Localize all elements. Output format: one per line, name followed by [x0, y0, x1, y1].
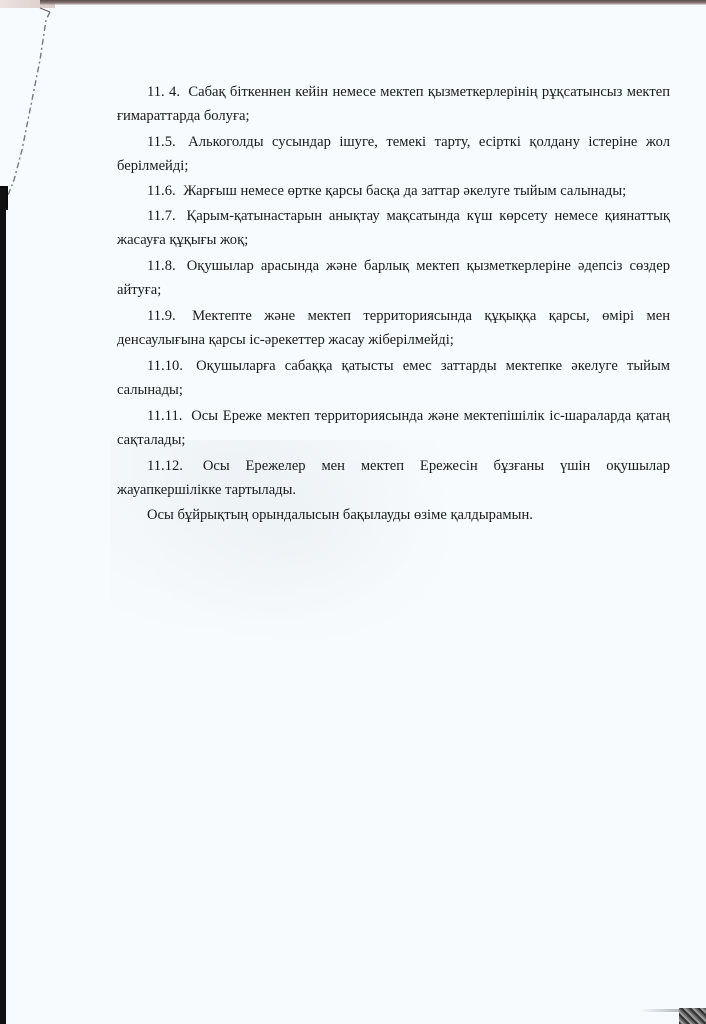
scan-corner-bottom-right	[679, 1008, 706, 1024]
closing-statement: Осы бұйрықтың орындалысын бақылауды өзім…	[117, 503, 670, 527]
clause-text: Мектепте және мектеп территориясында құқ…	[117, 308, 670, 348]
clause-number: 11.7.	[147, 208, 176, 224]
clause-number: 11.10.	[147, 358, 183, 374]
scan-edge-top	[40, 0, 706, 5]
clause-text: Жарғыш немесе өртке қарсы басқа да затта…	[183, 183, 626, 199]
clause-11-5: 11.5. Алькоголды сусындар ішуге, темекі …	[117, 130, 670, 178]
document-body: 11. 4. Сабақ біткеннен кейін немесе мект…	[117, 80, 670, 527]
clause-11-11: 11.11. Осы Ереже мектеп территориясында …	[117, 404, 670, 452]
clause-text: Осы Ереже мектеп территориясында және ме…	[117, 408, 670, 448]
clause-number: 11.5.	[147, 134, 176, 150]
clause-11-4: 11. 4. Сабақ біткеннен кейін немесе мект…	[117, 80, 670, 128]
clause-11-7: 11.7. Қарым-қатынастарын анықтау мақсаты…	[117, 204, 670, 252]
scan-edge-bottom	[640, 1009, 682, 1012]
clause-number: 11.8.	[147, 258, 176, 274]
scan-edge-left	[0, 188, 6, 1024]
clause-text: Қарым-қатынастарын анықтау мақсатында кү…	[117, 208, 670, 248]
clause-number: 11.11.	[147, 408, 182, 424]
clause-11-12: 11.12. Осы Ережелер мен мектеп Ережесін …	[117, 454, 670, 502]
clause-text: Сабақ біткеннен кейін немесе мектеп қызм…	[117, 84, 670, 124]
clause-text: Оқушыларға сабаққа қатысты емес заттарды…	[117, 358, 670, 398]
clause-11-9: 11.9. Мектепте және мектеп территориясын…	[117, 304, 670, 352]
clause-11-8: 11.8. Оқушылар арасында және барлық мект…	[117, 254, 670, 302]
clause-text: Оқушылар арасында және барлық мектеп қыз…	[117, 258, 670, 298]
clause-text: Осы Ережелер мен мектеп Ережесін бұзғаны…	[117, 458, 670, 498]
clause-11-6: 11.6. Жарғыш немесе өртке қарсы басқа да…	[117, 179, 670, 203]
page-fold-line	[0, 0, 60, 320]
clause-text: Алькоголды сусындар ішуге, темекі тарту,…	[117, 134, 670, 174]
clause-11-10: 11.10. Оқушыларға сабаққа қатысты емес з…	[117, 354, 670, 402]
clause-number: 11.6.	[147, 183, 176, 199]
clause-number: 11. 4.	[147, 84, 180, 100]
clause-number: 11.9.	[147, 308, 176, 324]
clause-number: 11.12.	[147, 458, 183, 474]
